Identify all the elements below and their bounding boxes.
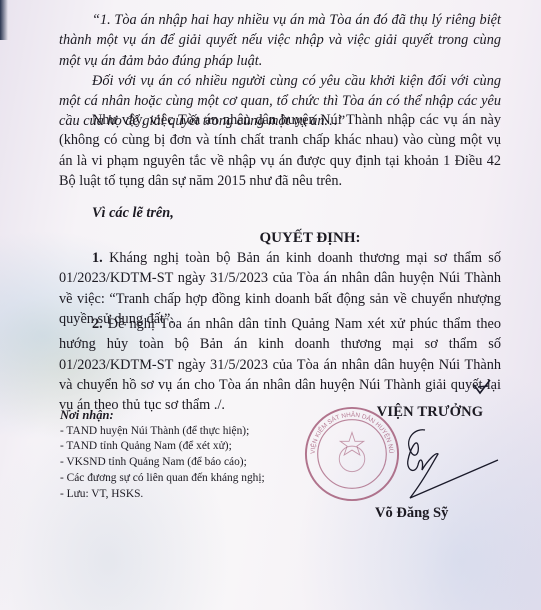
recipient-item: - VKSND tỉnh Quảng Nam (để báo cáo); xyxy=(60,455,265,471)
recipient-item: - TAND tỉnh Quảng Nam (để xét xử); xyxy=(60,439,265,455)
decision-item-2: 2. Đề nghị Tòa án nhân dân tỉnh Quảng Na… xyxy=(59,314,501,415)
recipients-block: Nơi nhận: - TAND huyện Núi Thành (để thự… xyxy=(60,408,265,502)
recipient-item: - Các đương sự có liên quan đến kháng ng… xyxy=(60,471,265,487)
scan-edge-shadow xyxy=(0,0,8,40)
reasons-line: Vì các lẽ trên, xyxy=(92,203,174,223)
decision-title: QUYẾT ĐỊNH: xyxy=(59,228,501,248)
analysis-block: Như vậy, việc Tòa án nhân dân huyện Núi … xyxy=(59,110,501,191)
signature-block: VIỆN TRƯỞNG Võ Đăng Sỹ xyxy=(355,404,505,421)
handwritten-signature xyxy=(380,420,510,500)
signer-name: Võ Đăng Sỹ xyxy=(375,505,448,522)
item-number: 1. xyxy=(92,250,103,266)
recipient-item: - Lưu: VT, HSKS. xyxy=(60,487,265,503)
recipient-item: - TAND huyện Núi Thành (để thực hiện); xyxy=(60,424,265,440)
initial-mark-icon xyxy=(472,377,494,397)
analysis-paragraph: Như vậy, việc Tòa án nhân dân huyện Núi … xyxy=(59,110,501,191)
signer-title: VIỆN TRƯỞNG xyxy=(355,404,505,421)
item-number: 2. xyxy=(92,316,103,332)
quote-paragraph-1: “1. Tòa án nhập hai hay nhiều vụ án mà T… xyxy=(59,10,501,71)
recipients-heading: Nơi nhận: xyxy=(60,408,265,424)
item-text: Đề nghị Tòa án nhân dân tỉnh Quảng Nam x… xyxy=(59,316,501,413)
